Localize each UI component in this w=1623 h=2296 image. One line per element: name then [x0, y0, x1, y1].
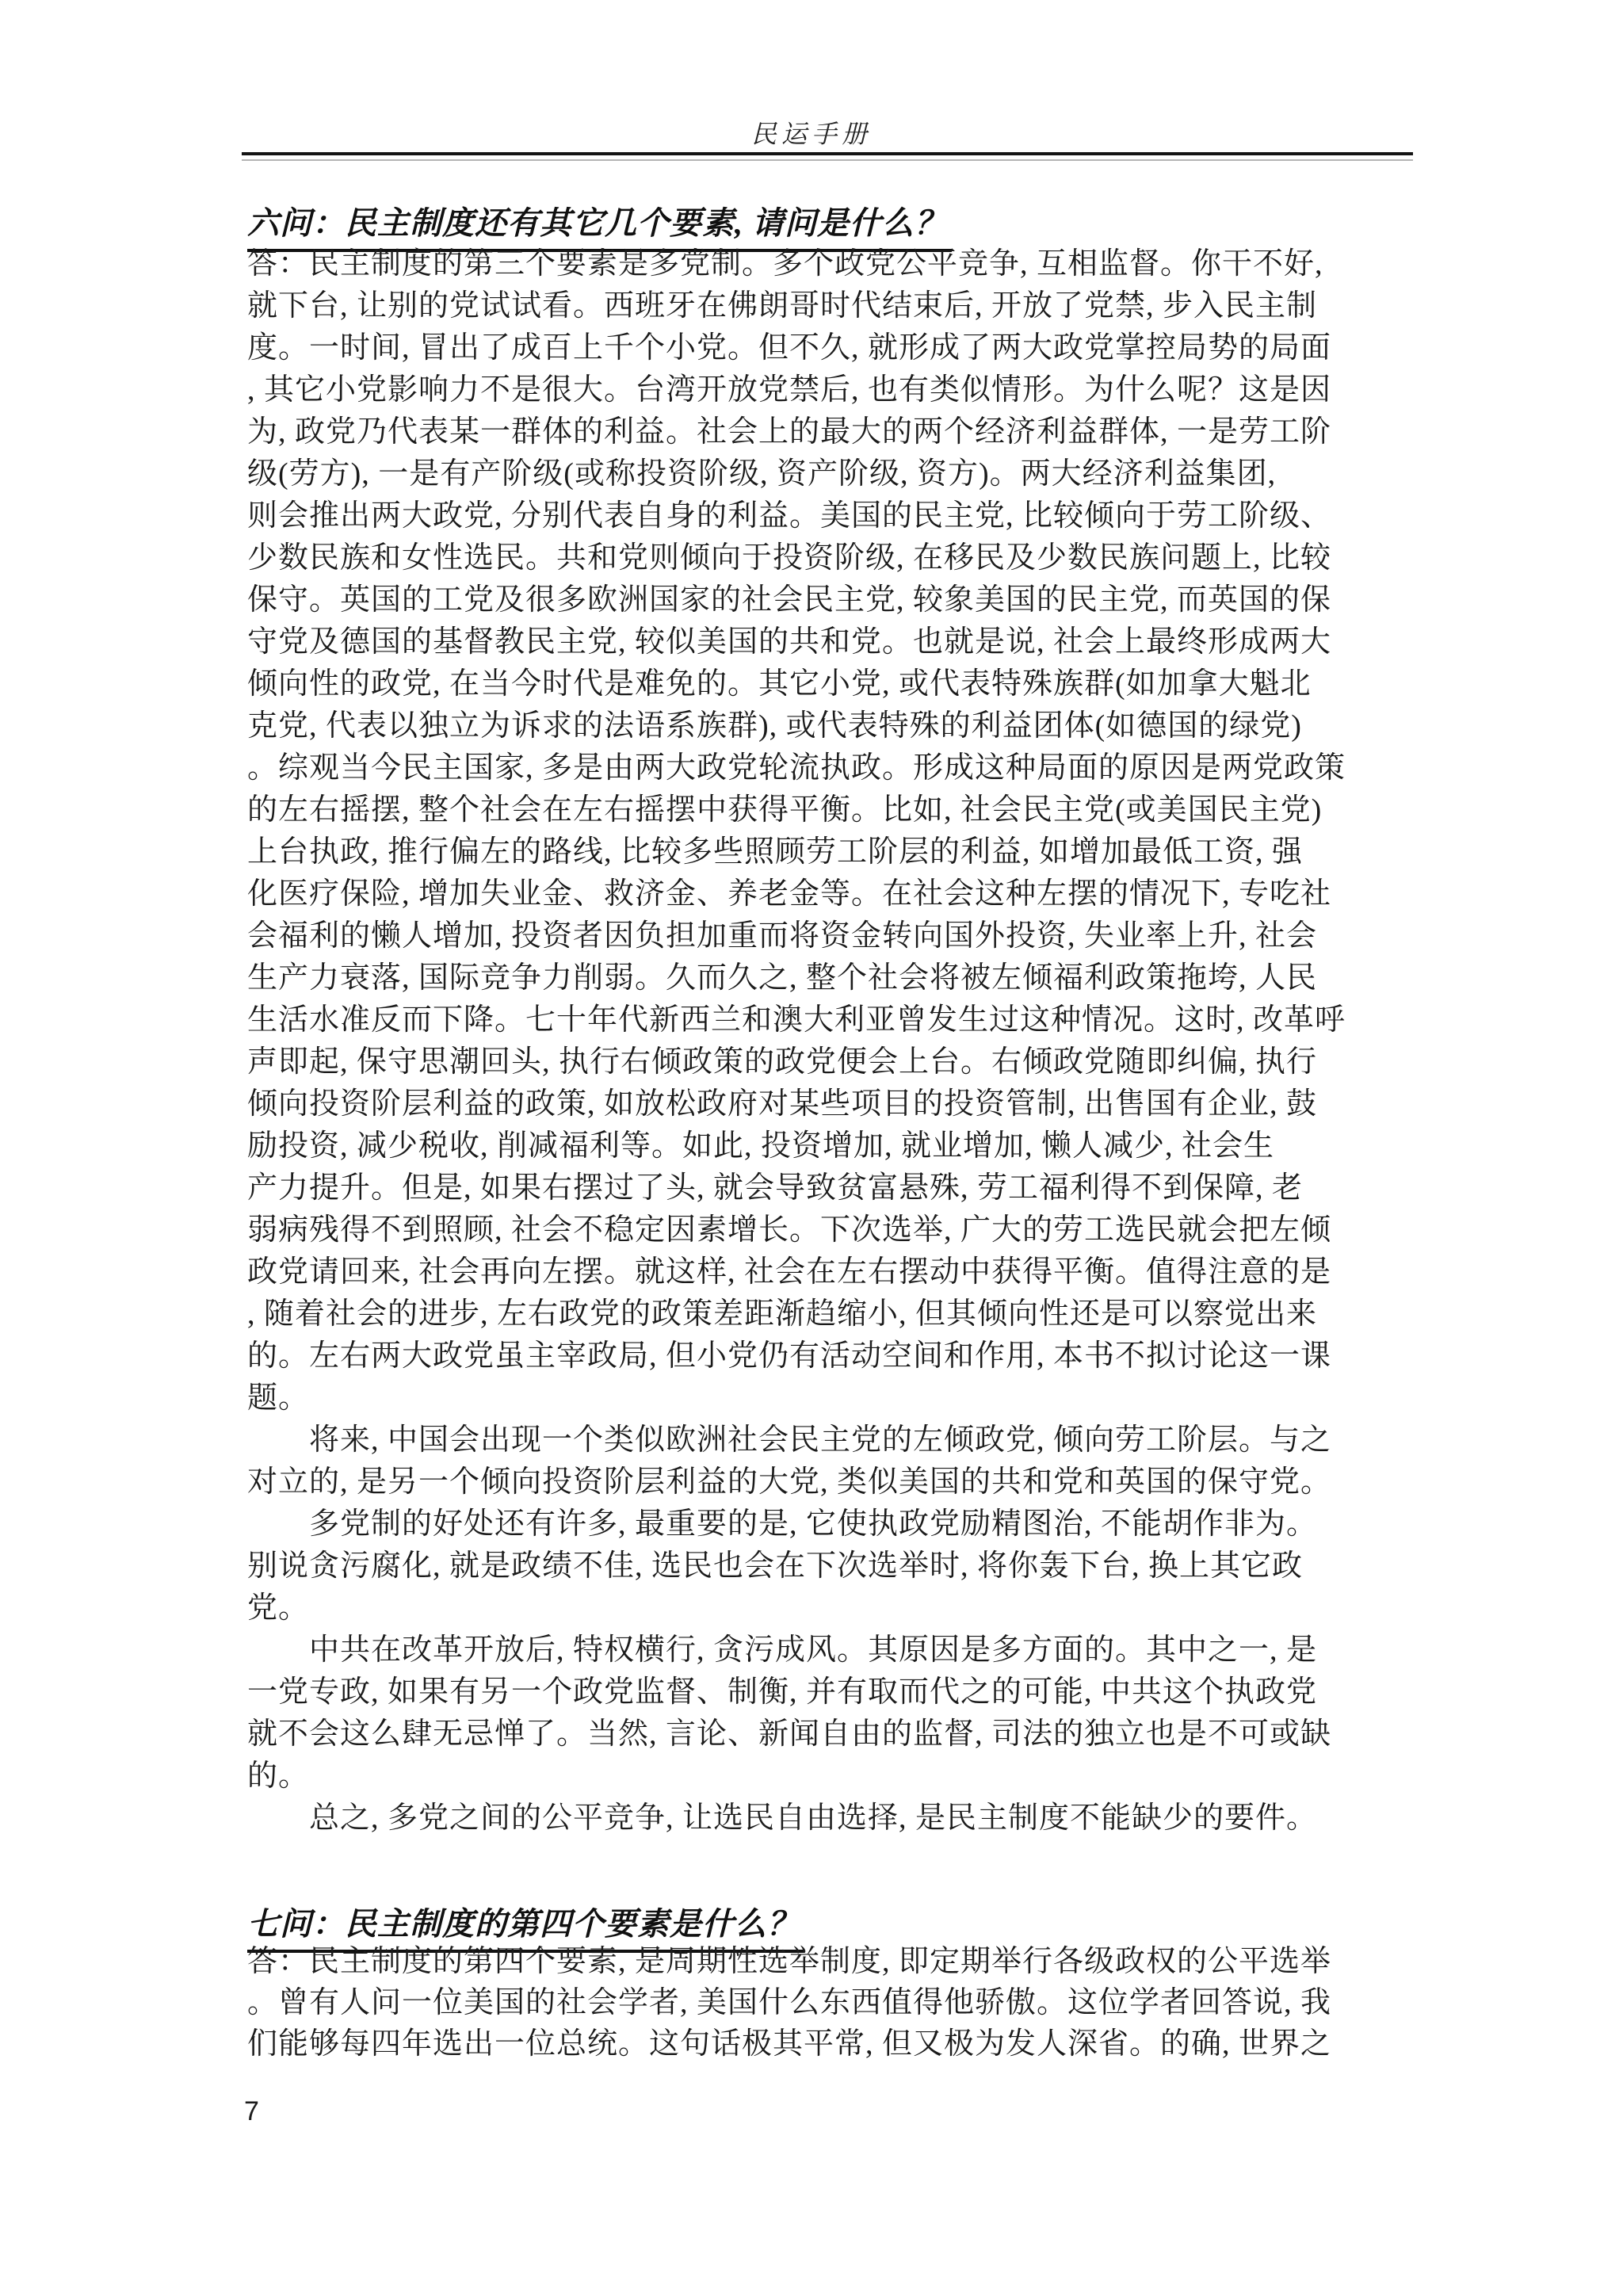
- text-line: 。综观当今民主国家, 多是由两大政党轮流执政。形成这种局面的原因是两党政策: [247, 747, 1357, 789]
- section-answer-question-7: 答：民主制度的第四个要素, 是周期性选举制度, 即定期举行各级政权的公平选举。曾…: [247, 1941, 1357, 2065]
- text-line: 别说贪污腐化, 就是政绩不佳, 选民也会在下次选举时, 将你轰下台, 换上其它政: [247, 1545, 1357, 1587]
- text-line: , 随着社会的进步, 左右政党的政策差距渐趋缩小, 但其倾向性还是可以察觉出来: [247, 1293, 1357, 1335]
- text-line: 答：民主制度的第四个要素, 是周期性选举制度, 即定期举行各级政权的公平选举: [247, 1941, 1357, 1982]
- text-line: 。曾有人问一位美国的社会学者, 美国什么东西值得他骄傲。这位学者回答说, 我: [247, 1982, 1357, 2023]
- text-line: 题。: [247, 1377, 1357, 1419]
- text-line: 生活水准反而下降。七十年代新西兰和澳大利亚曾发生过这种情况。这时, 改革呼: [247, 999, 1357, 1041]
- text-line: 上台执政, 推行偏左的路线, 比较多些照顾劳工阶层的利益, 如增加最低工资, 强: [247, 831, 1357, 873]
- text-line: 为, 政党乃代表某一群体的利益。社会上的最大的两个经济利益群体, 一是劳工阶: [247, 411, 1357, 453]
- text-line: 一党专政, 如果有另一个政党监督、制衡, 并有取而代之的可能, 中共这个执政党: [247, 1671, 1357, 1713]
- page-number: 7: [244, 2096, 259, 2127]
- text-line: 对立的, 是另一个倾向投资阶层利益的大党, 类似美国的共和党和英国的保守党。: [247, 1461, 1357, 1503]
- text-line: 总之, 多党之间的公平竞争, 让选民自由选择, 是民主制度不能缺少的要件。: [247, 1797, 1357, 1839]
- text-line: 克党, 代表以独立为诉求的法语系族群), 或代表特殊的利益团体(如德国的绿党): [247, 705, 1357, 747]
- text-line: 的。: [247, 1755, 1357, 1797]
- text-line: 倾向性的政党, 在当今时代是难免的。其它小党, 或代表特殊族群(如加拿大魁北: [247, 663, 1357, 705]
- text-line: 声即起, 保守思潮回头, 执行右倾政策的政党便会上台。右倾政党随即纠偏, 执行: [247, 1041, 1357, 1083]
- text-line: 弱病残得不到照顾, 社会不稳定因素增长。下次选举, 广大的劳工选民就会把左倾: [247, 1209, 1357, 1251]
- text-line: 就下台, 让别的党试试看。西班牙在佛朗哥时代结束后, 开放了党禁, 步入民主制: [247, 285, 1357, 327]
- text-line: 产力提升。但是, 如果右摆过了头, 就会导致贫富悬殊, 劳工福利得不到保障, 老: [247, 1167, 1357, 1209]
- text-line: 守党及德国的基督教民主党, 较似美国的共和党。也就是说, 社会上最终形成两大: [247, 621, 1357, 663]
- document-title: 民运手册: [0, 114, 1623, 151]
- text-line: 们能够每四年选出一位总统。这句话极其平常, 但又极为发人深省。的确, 世界之: [247, 2023, 1357, 2065]
- text-line: 党。: [247, 1587, 1357, 1629]
- text-line: 的左右摇摆, 整个社会在左右摇摆中获得平衡。比如, 社会民主党(或美国民主党): [247, 789, 1357, 831]
- text-line: 答：民主制度的第三个要素是多党制。多个政党公平竞争, 互相监督。你干不好,: [247, 243, 1357, 285]
- text-line: 的。左右两大政党虽主宰政局, 但小党仍有活动空间和作用, 本书不拟讨论这一课: [247, 1335, 1357, 1377]
- text-line: , 其它小党影响力不是很大。台湾开放党禁后, 也有类似情形。为什么呢？这是因: [247, 369, 1357, 411]
- text-line: 就不会这么肆无忌惮了。当然, 言论、新闻自由的监督, 司法的独立也是不可或缺: [247, 1713, 1357, 1755]
- text-line: 中共在改革开放后, 特权横行, 贪污成风。其原因是多方面的。其中之一, 是: [247, 1629, 1357, 1671]
- text-line: 度。一时间, 冒出了成百上千个小党。但不久, 就形成了两大政党掌控局势的局面: [247, 327, 1357, 369]
- text-line: 保守。英国的工党及很多欧洲国家的社会民主党, 较象美国的民主党, 而英国的保: [247, 579, 1357, 621]
- text-line: 会福利的懒人增加, 投资者因负担加重而将资金转向国外投资, 失业率上升, 社会: [247, 915, 1357, 957]
- section-answer-question-6: 答：民主制度的第三个要素是多党制。多个政党公平竞争, 互相监督。你干不好,就下台…: [247, 243, 1357, 1839]
- text-line: 少数民族和女性选民。共和党则倾向于投资阶级, 在移民及少数民族问题上, 比较: [247, 537, 1357, 579]
- text-line: 级(劳方), 一是有产阶级(或称投资阶级, 资产阶级, 资方)。两大经济利益集团…: [247, 453, 1357, 495]
- text-line: 倾向投资阶层利益的政策, 如放松政府对某些项目的投资管制, 出售国有企业, 鼓: [247, 1083, 1357, 1125]
- header-rule: [242, 152, 1413, 155]
- text-line: 政党请回来, 社会再向左摆。就这样, 社会在左右摆动中获得平衡。值得注意的是: [247, 1251, 1357, 1293]
- text-line: 化医疗保险, 增加失业金、救济金、养老金等。在社会这种左摆的情况下, 专吃社: [247, 873, 1357, 915]
- header-rule-shadow: [242, 159, 1413, 161]
- text-line: 生产力衰落, 国际竞争力削弱。久而久之, 整个社会将被左倾福利政策拖垮, 人民: [247, 957, 1357, 999]
- text-line: 将来, 中国会出现一个类似欧洲社会民主党的左倾政党, 倾向劳工阶层。与之: [247, 1419, 1357, 1461]
- text-line: 励投资, 减少税收, 削减福利等。如此, 投资增加, 就业增加, 懒人减少, 社…: [247, 1125, 1357, 1167]
- text-line: 多党制的好处还有许多, 最重要的是, 它使执政党励精图治, 不能胡作非为。: [247, 1503, 1357, 1545]
- text-line: 则会推出两大政党, 分别代表自身的利益。美国的民主党, 比较倾向于劳工阶级、: [247, 495, 1357, 537]
- document-page: 民运手册 六问：民主制度还有其它几个要素, 请问是什么？ 答：民主制度的第三个要…: [0, 0, 1623, 2296]
